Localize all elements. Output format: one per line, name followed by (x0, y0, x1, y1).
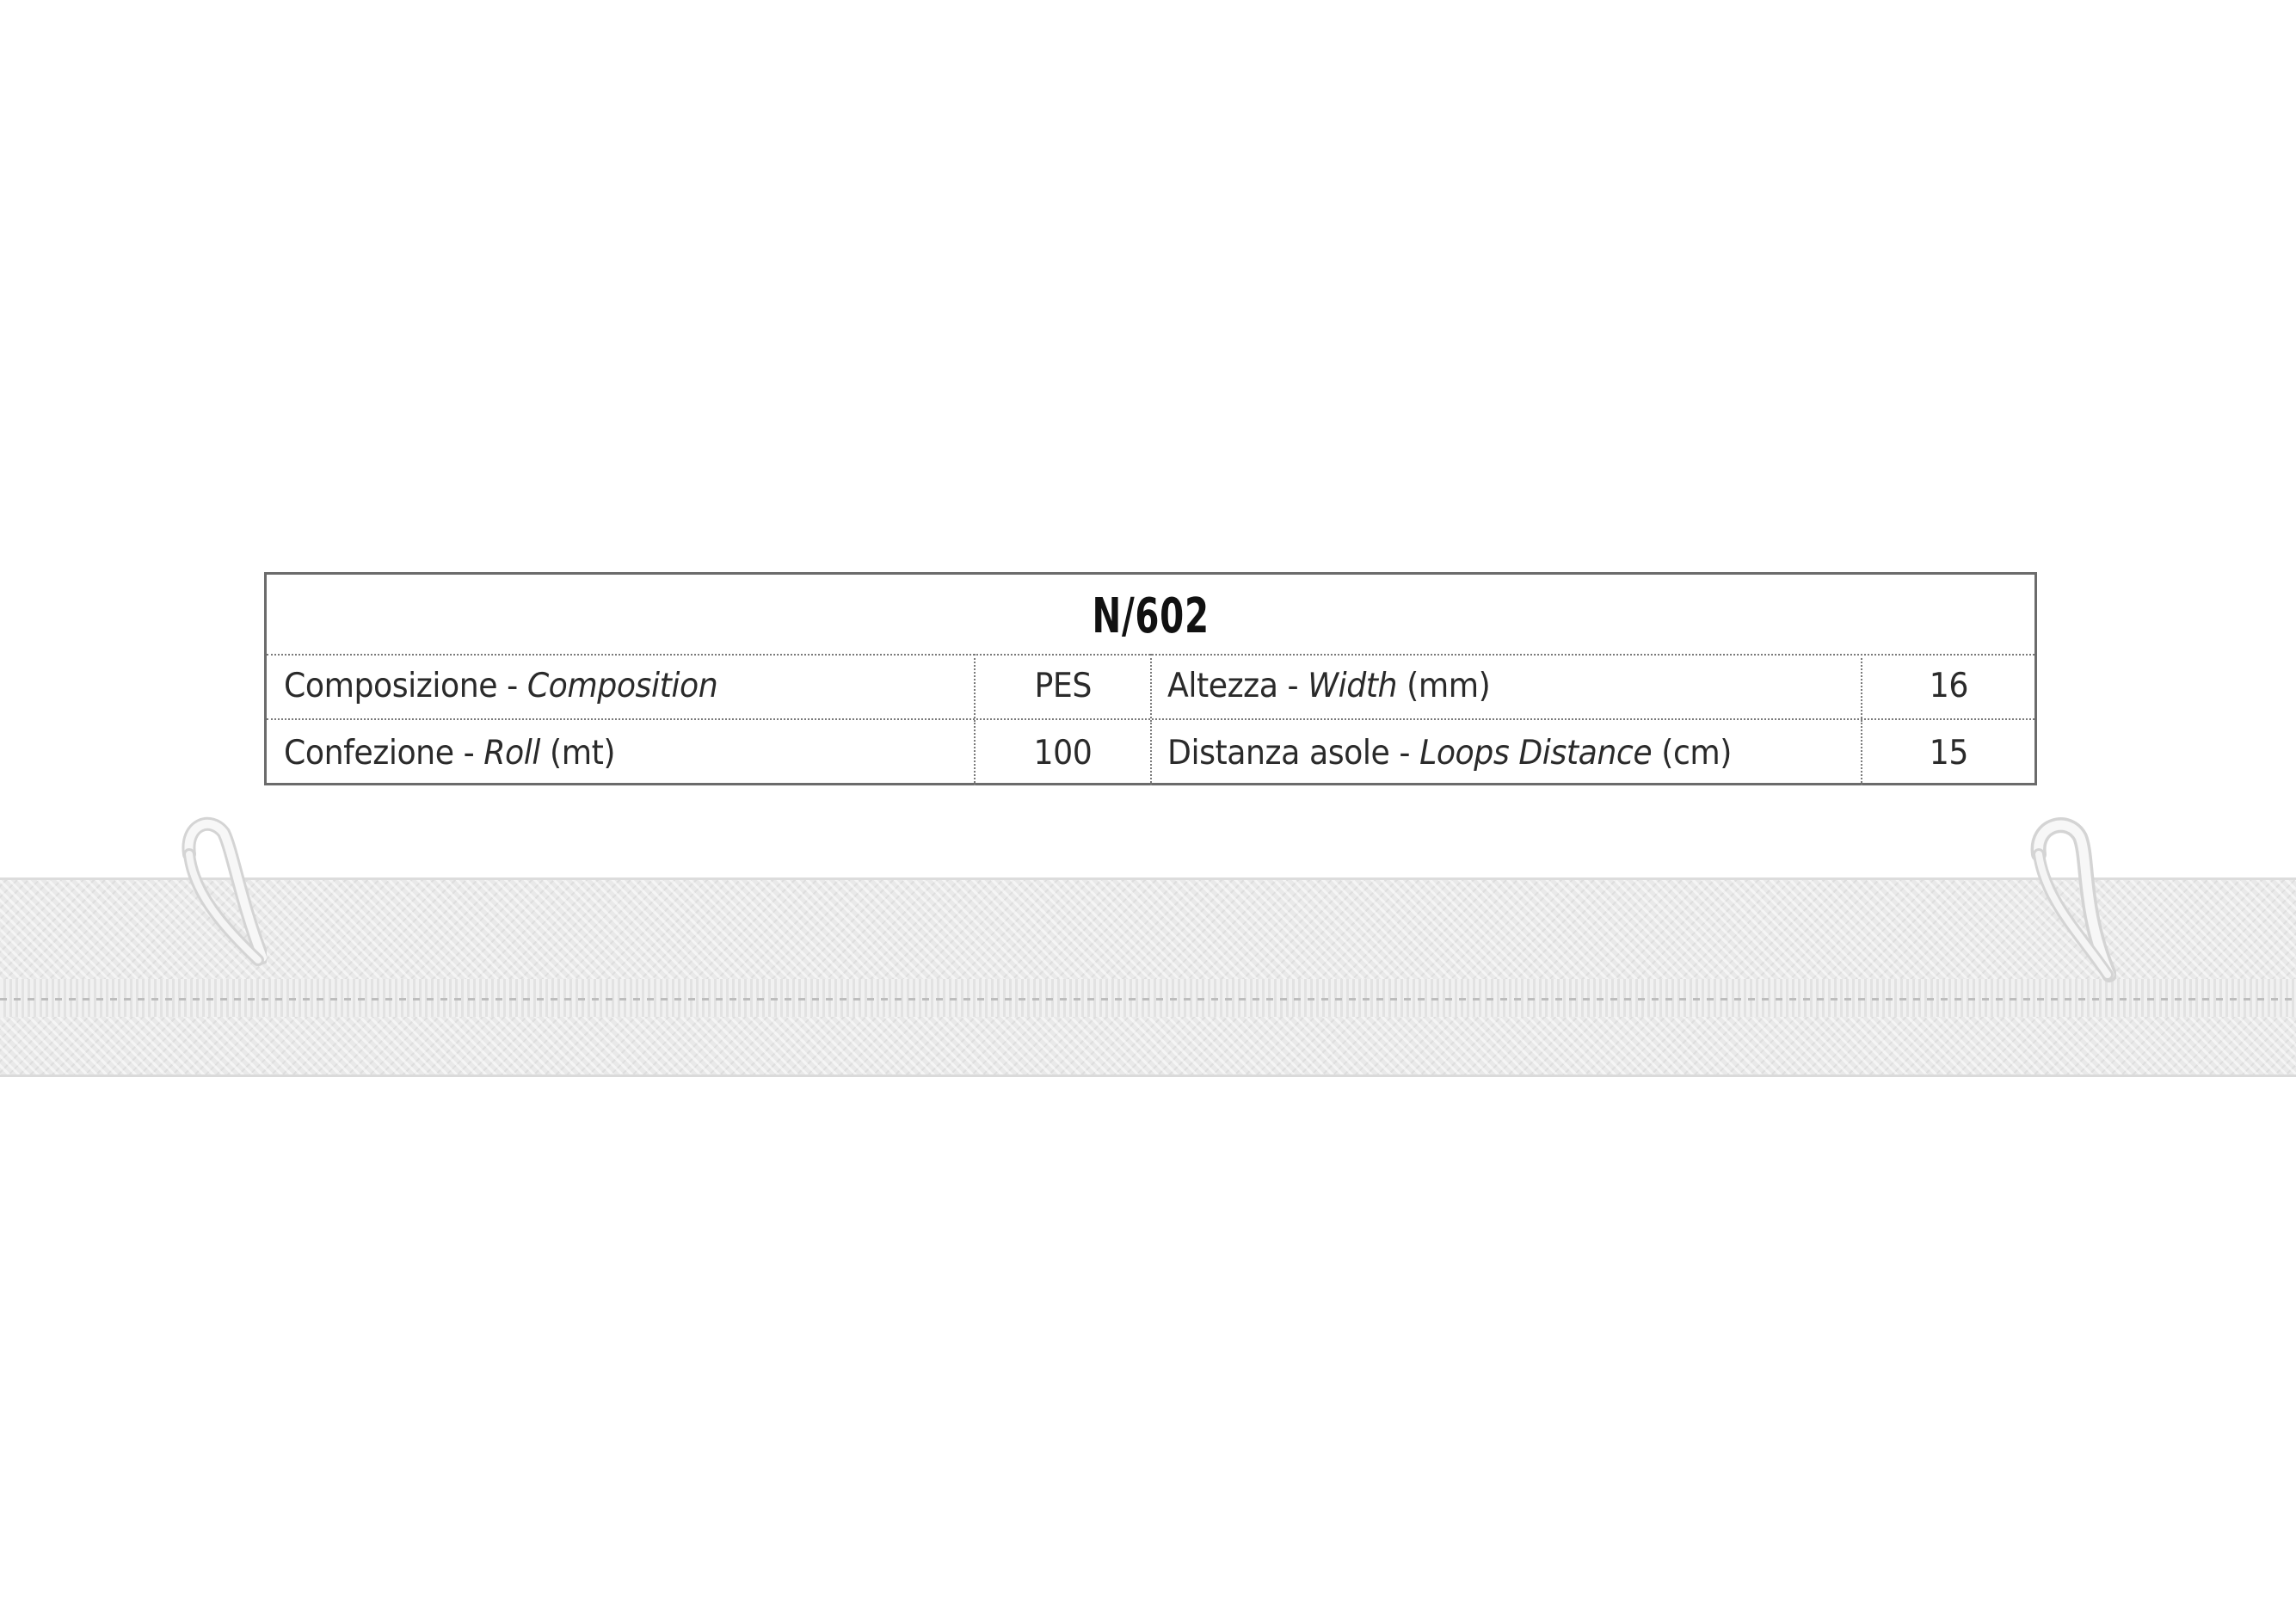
label-italian: Composizione - (284, 667, 527, 705)
tape-edge (0, 877, 2296, 880)
label-italian: Altezza - (1167, 667, 1308, 705)
value-text: 100 (1034, 734, 1093, 773)
title-row: N/602 (267, 575, 2034, 656)
label-unit: (mt) (540, 734, 615, 773)
loops-distance-value: 15 (1861, 720, 2034, 785)
curtain-tape-image (0, 877, 2296, 1077)
label-italian: Confezione - (284, 734, 483, 773)
label-english: Roll (483, 734, 540, 773)
roll-value: 100 (974, 720, 1150, 785)
cord-loop-icon (2022, 816, 2116, 988)
cord-loop-icon (172, 816, 267, 988)
tape-edge (0, 1074, 2296, 1077)
label-english: Width (1308, 667, 1397, 705)
value-text: 15 (1929, 734, 1967, 773)
value-text: PES (1034, 667, 1091, 705)
spec-table: N/602 Composizione - Composition PES Alt… (264, 572, 2037, 785)
label-italian: Distanza asole - (1167, 734, 1419, 773)
composition-value: PES (974, 654, 1150, 718)
label-english: Loops Distance (1419, 734, 1652, 773)
roll-label: Confezione - Roll (mt) (267, 720, 974, 785)
width-value: 16 (1861, 654, 2034, 718)
tape-stitch-line (0, 998, 2296, 1001)
loops-distance-label: Distanza asole - Loops Distance (cm) (1150, 720, 1861, 785)
label-english: Composition (527, 667, 717, 705)
product-code: N/602 (1092, 588, 1209, 644)
composition-label: Composizione - Composition (267, 654, 974, 718)
value-text: 16 (1929, 667, 1967, 705)
label-unit: (mm) (1397, 667, 1490, 705)
spec-row: Confezione - Roll (mt) 100 Distanza asol… (267, 720, 2034, 785)
width-label: Altezza - Width (mm) (1150, 654, 1861, 718)
spec-row: Composizione - Composition PES Altezza -… (267, 654, 2034, 720)
label-unit: (cm) (1652, 734, 1732, 773)
